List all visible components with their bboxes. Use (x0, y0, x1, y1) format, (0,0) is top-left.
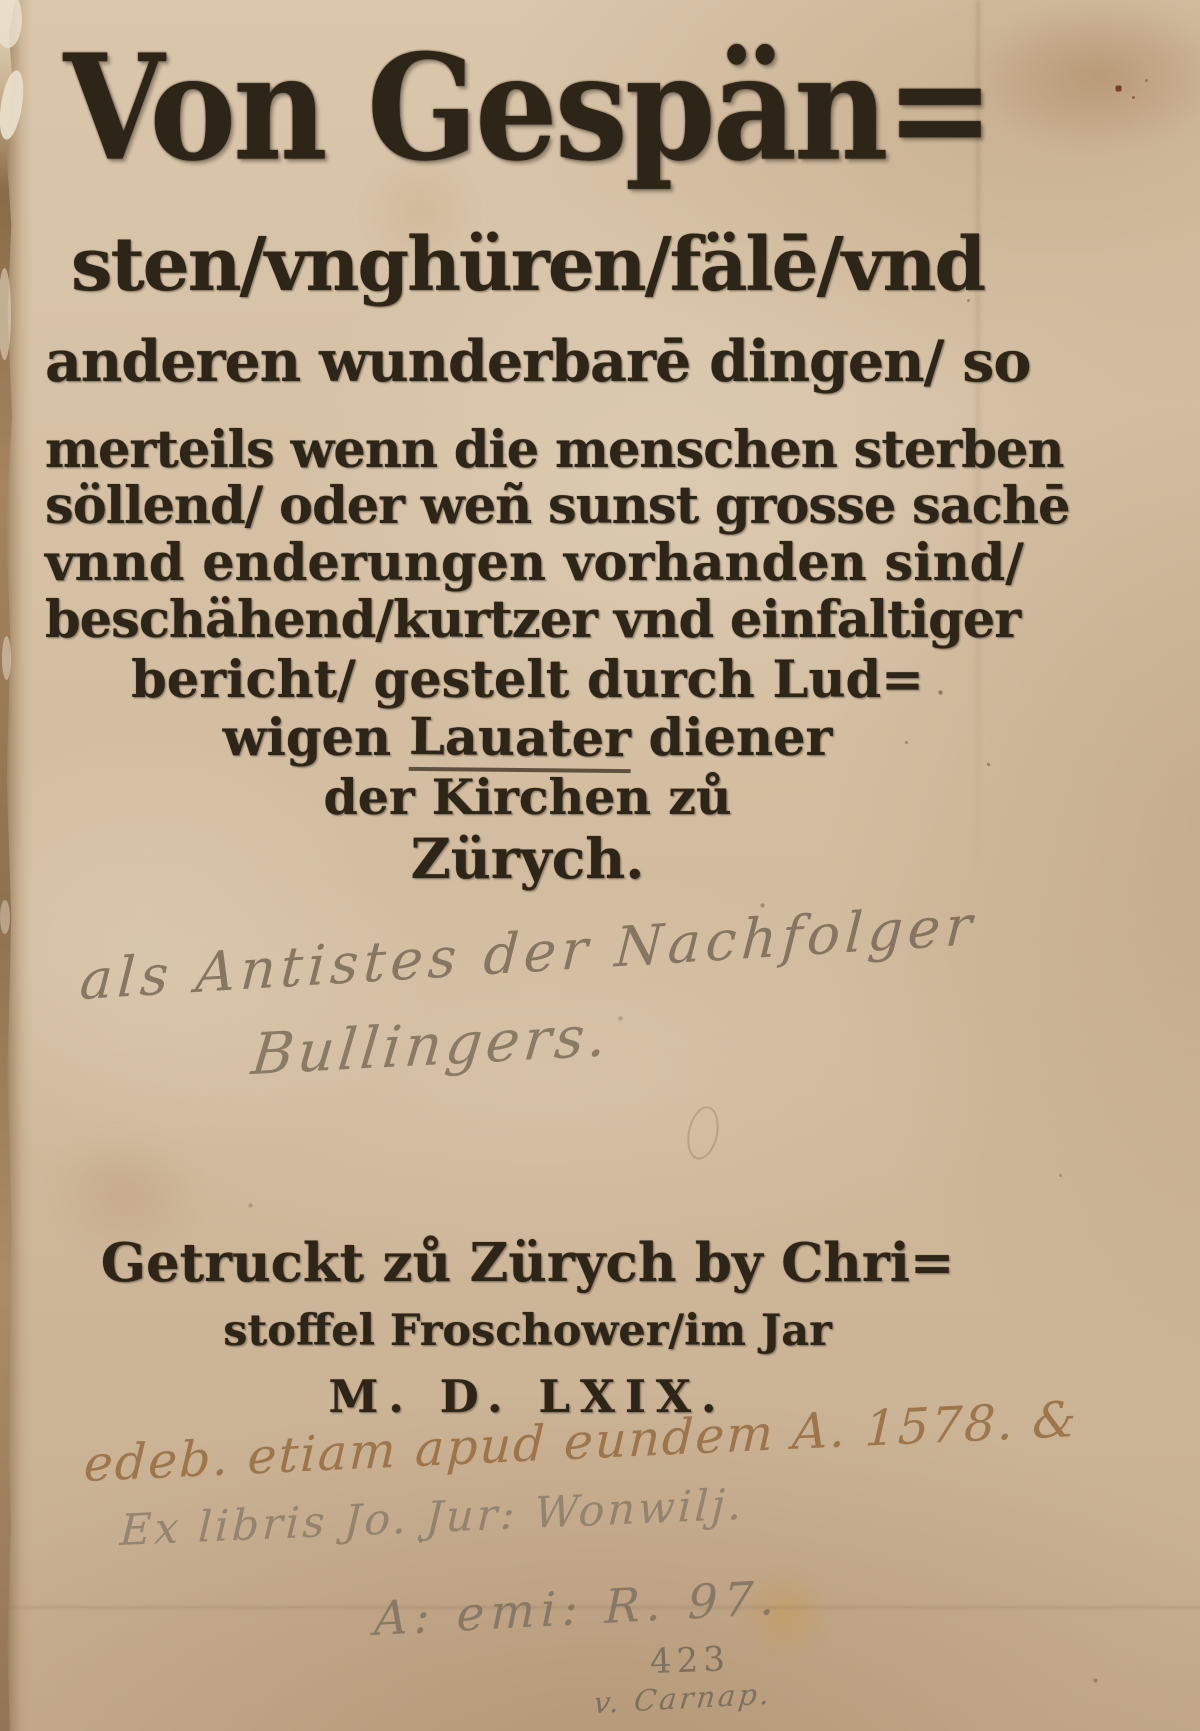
paper-chip (0, 0, 22, 48)
paper-chip (0, 268, 11, 360)
handwritten-ex-libris: Ex libris Jo. Jur: Wonwilj. (119, 1480, 746, 1556)
author-line-prefix: wigen (223, 708, 409, 768)
imprint-line-2: stoffel Froschower/im Jar (45, 1306, 1010, 1356)
shelf-number: 423 (649, 1639, 730, 1682)
title-line-6: vnnd enderungen vorhanden sind/ (45, 533, 1010, 593)
paper-chip (2, 636, 11, 680)
paper-chip (0, 69, 27, 141)
title-line-2: sten/vnghüren/fälē/vnd (45, 222, 1010, 308)
title-line-5: söllend/ oder weñ sunst grosse sachē (45, 476, 1010, 536)
book-title-page: Von Gespän= sten/vnghüren/fälē/vnd ander… (0, 0, 1200, 1731)
paper-chip (0, 900, 10, 934)
title-line-10: der Kirchen zů (45, 768, 1010, 826)
faint-pen-flourish (683, 1103, 724, 1162)
title-line-4: merteils wenn die menschen sterben (45, 420, 1010, 480)
title-line-8: bericht/ gestelt durch Lud= (45, 650, 1010, 710)
title-line-11: Zürych. (45, 826, 1010, 891)
title-line-3: anderen wunderbarē dingen/ so (45, 328, 1010, 395)
title-line-7: beschähend/kurtzer vnd einfaltiger (45, 590, 1010, 650)
title-line-1: Von Gespän= (45, 22, 1010, 193)
torn-left-edge (0, 0, 32, 1731)
handwritten-note-upper-line-2: Bullingers. (249, 1003, 614, 1088)
handwritten-note-upper-line-1: als Antistes der Nachfolger (78, 893, 979, 1012)
imprint-line-1: Getruckt zů Zürych by Chri= (45, 1232, 1010, 1294)
title-line-9-author: wigen Lauater diener (45, 708, 1010, 772)
owner-name: v. Carnap. (592, 1677, 774, 1721)
author-name-underlined: Lauater (409, 711, 632, 773)
handwritten-acquisition: A: emi: R. 97. (374, 1571, 781, 1647)
author-line-suffix: diener (631, 708, 833, 768)
